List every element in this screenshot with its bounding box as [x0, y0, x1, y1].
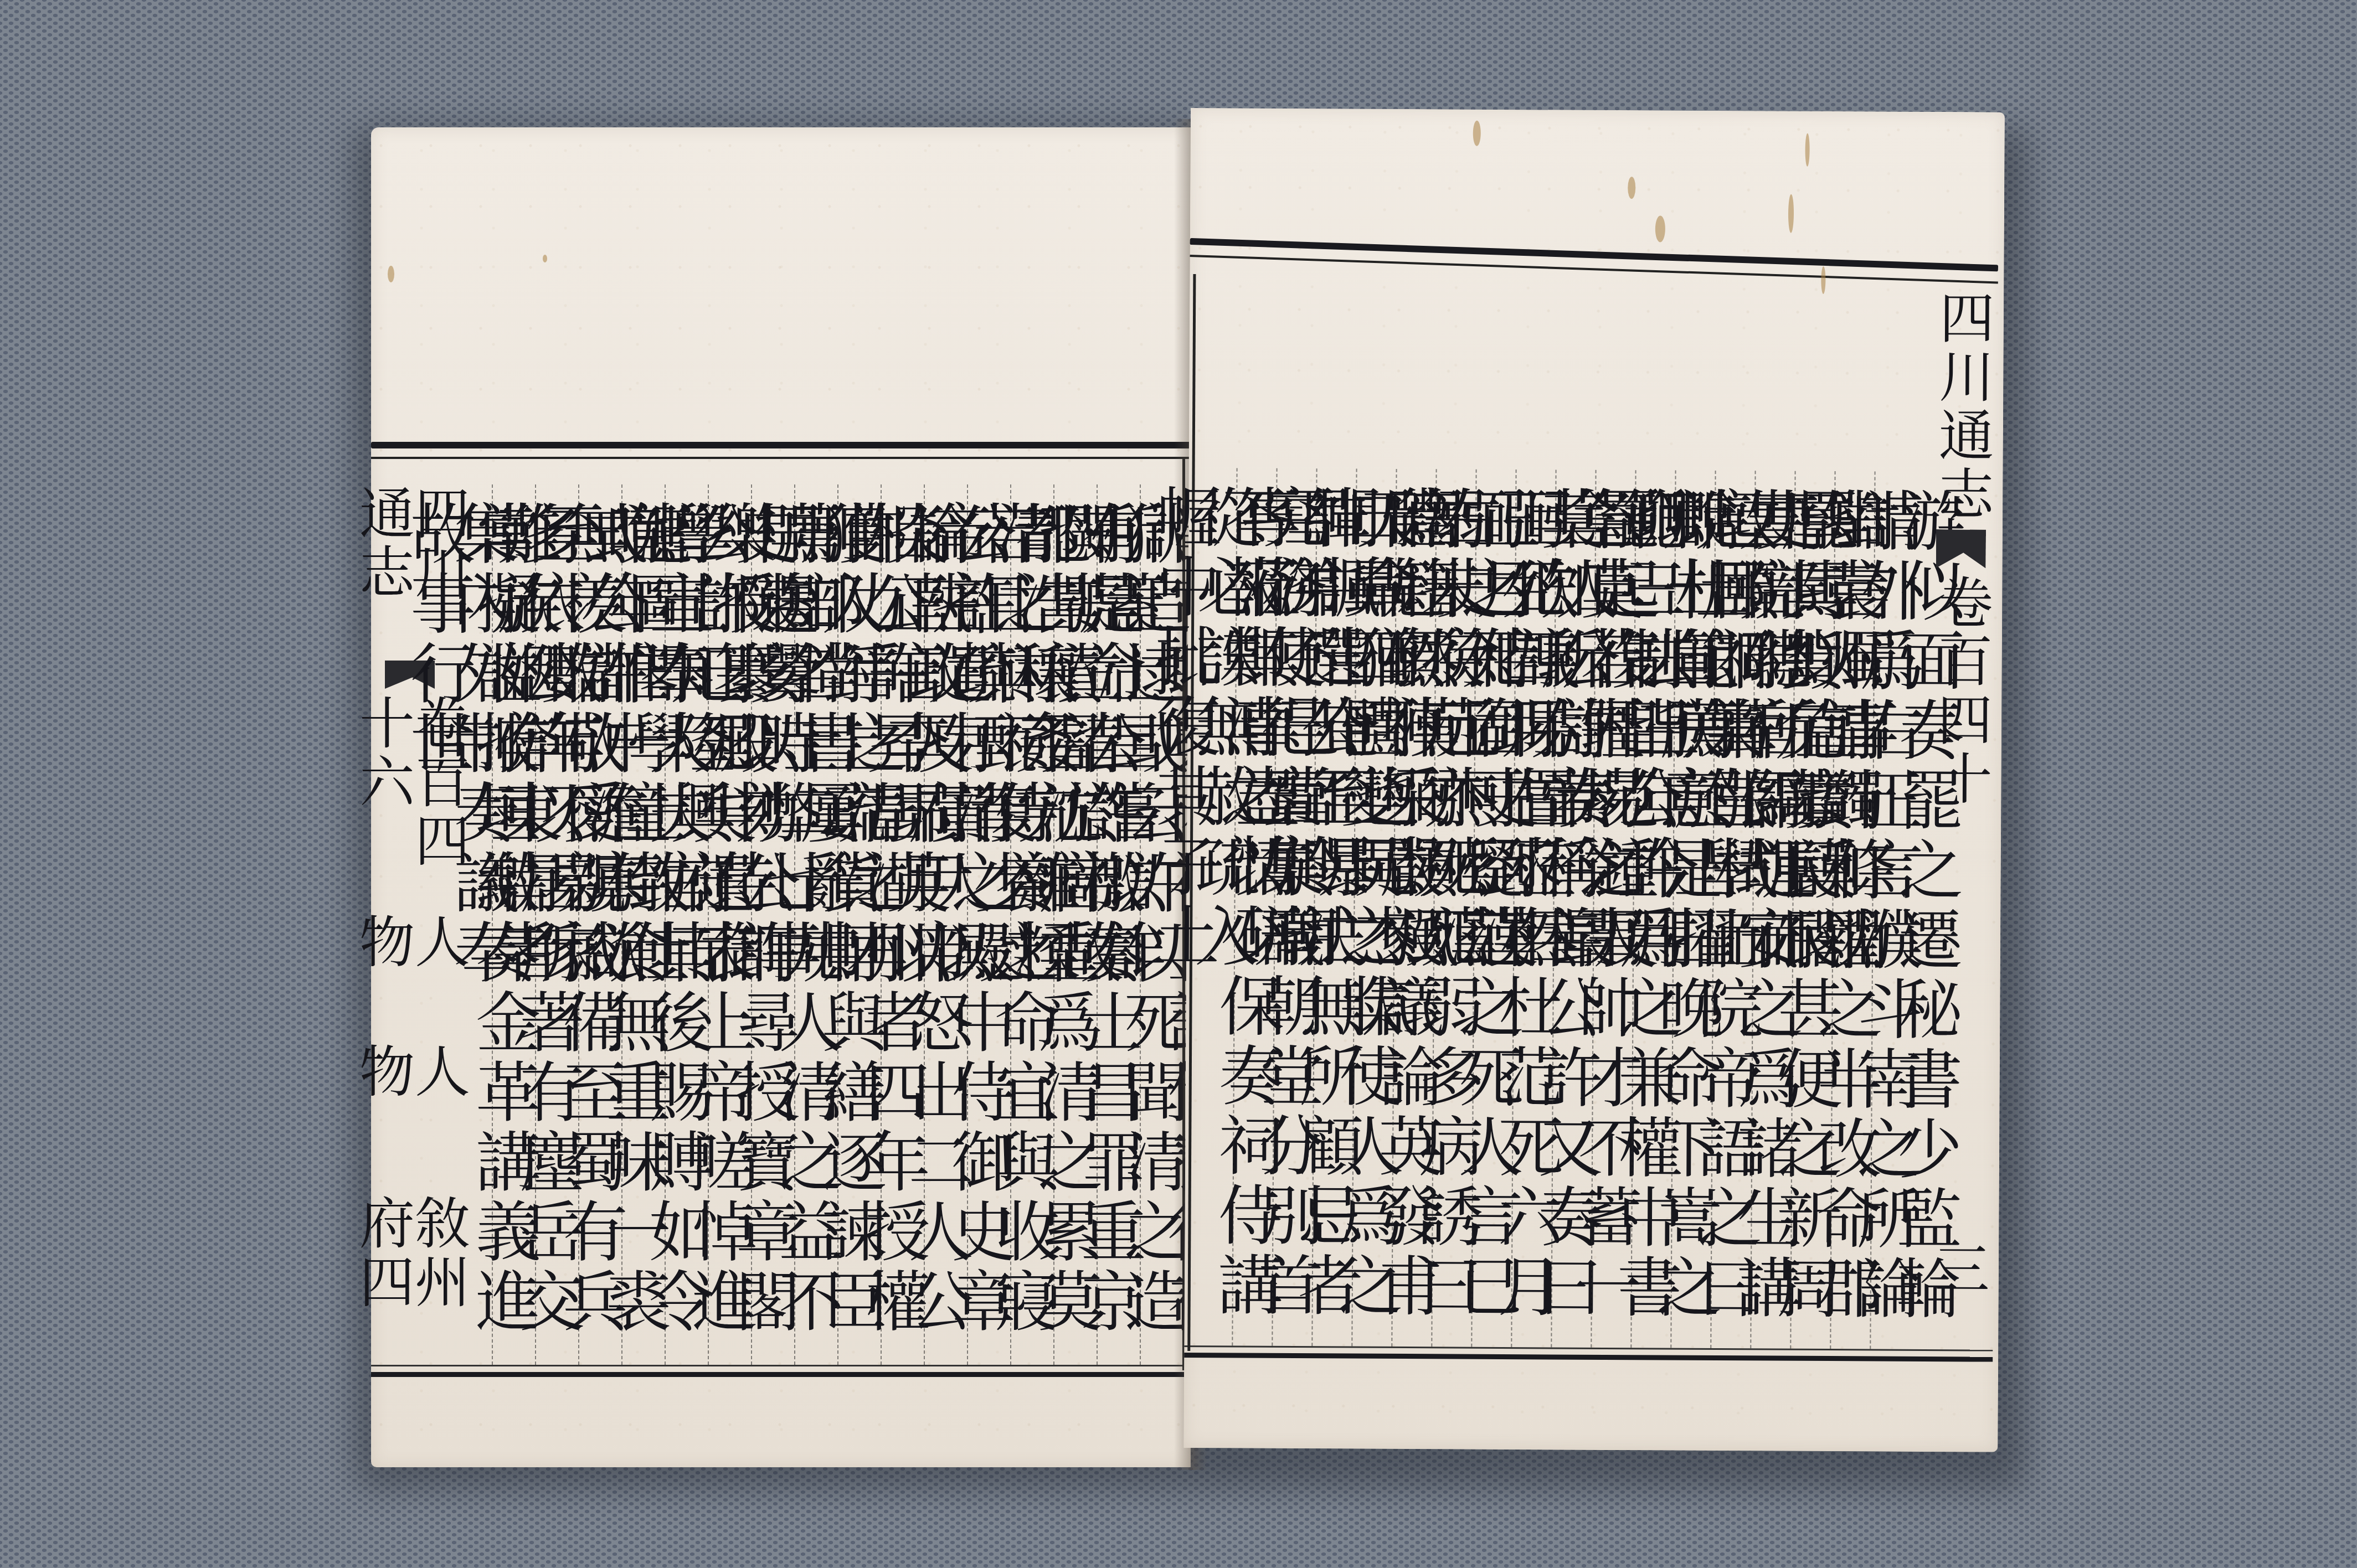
paper-stain	[1821, 266, 1825, 294]
paper-stain	[1628, 177, 1635, 199]
volume-label: 卷百四十	[1932, 574, 1988, 809]
left-top-inner-border	[371, 457, 1191, 459]
right-page: 不報鄭清之以少保奏祠侍講幄中批復其子土 究務使得實集議朝堂分別首從必誅無赦疏入 …	[1183, 108, 2005, 1452]
left-text-block: 常擬謚掖垣繳奏金革講義進故事行世 多依公許以居所著有麈岳交集內外制奏議奉 無羨儲…	[449, 484, 1182, 1365]
right-top-border	[1190, 238, 1999, 271]
paper-stain	[1788, 194, 1794, 233]
paper-stain	[388, 266, 394, 282]
left-page: 四川通志 卷百四十六 人物 人物 敘州府四 常擬謚掖垣繳奏金革講義進故事行世 多…	[371, 127, 1191, 1467]
paper-stain	[1473, 121, 1481, 146]
text-column: 游似面奏罷之遷秘書少監輪對言蜀事十條力	[1870, 471, 1914, 1349]
paper-stain	[1805, 133, 1809, 167]
right-bottom-border	[1184, 1353, 1993, 1362]
fishtail-mark-icon	[1936, 529, 1986, 568]
right-top-inner-border	[1190, 255, 1998, 283]
right-text-block: 不報鄭清之以少保奏祠侍講幄中批復其子土 究務使得實集議朝堂分別首從必誅無赦疏入 …	[1192, 468, 1916, 1349]
paper-stain	[543, 255, 547, 262]
book-title: 四川通志	[1933, 289, 1990, 524]
left-top-border	[371, 442, 1191, 448]
paper-stain	[1655, 215, 1665, 242]
left-bottom-inner-border	[371, 1365, 1191, 1366]
left-bottom-border	[371, 1372, 1191, 1377]
right-margin-title-column: 四川通志 卷百四十 三	[1926, 289, 1993, 1342]
page-number: 三	[1929, 1240, 1985, 1299]
